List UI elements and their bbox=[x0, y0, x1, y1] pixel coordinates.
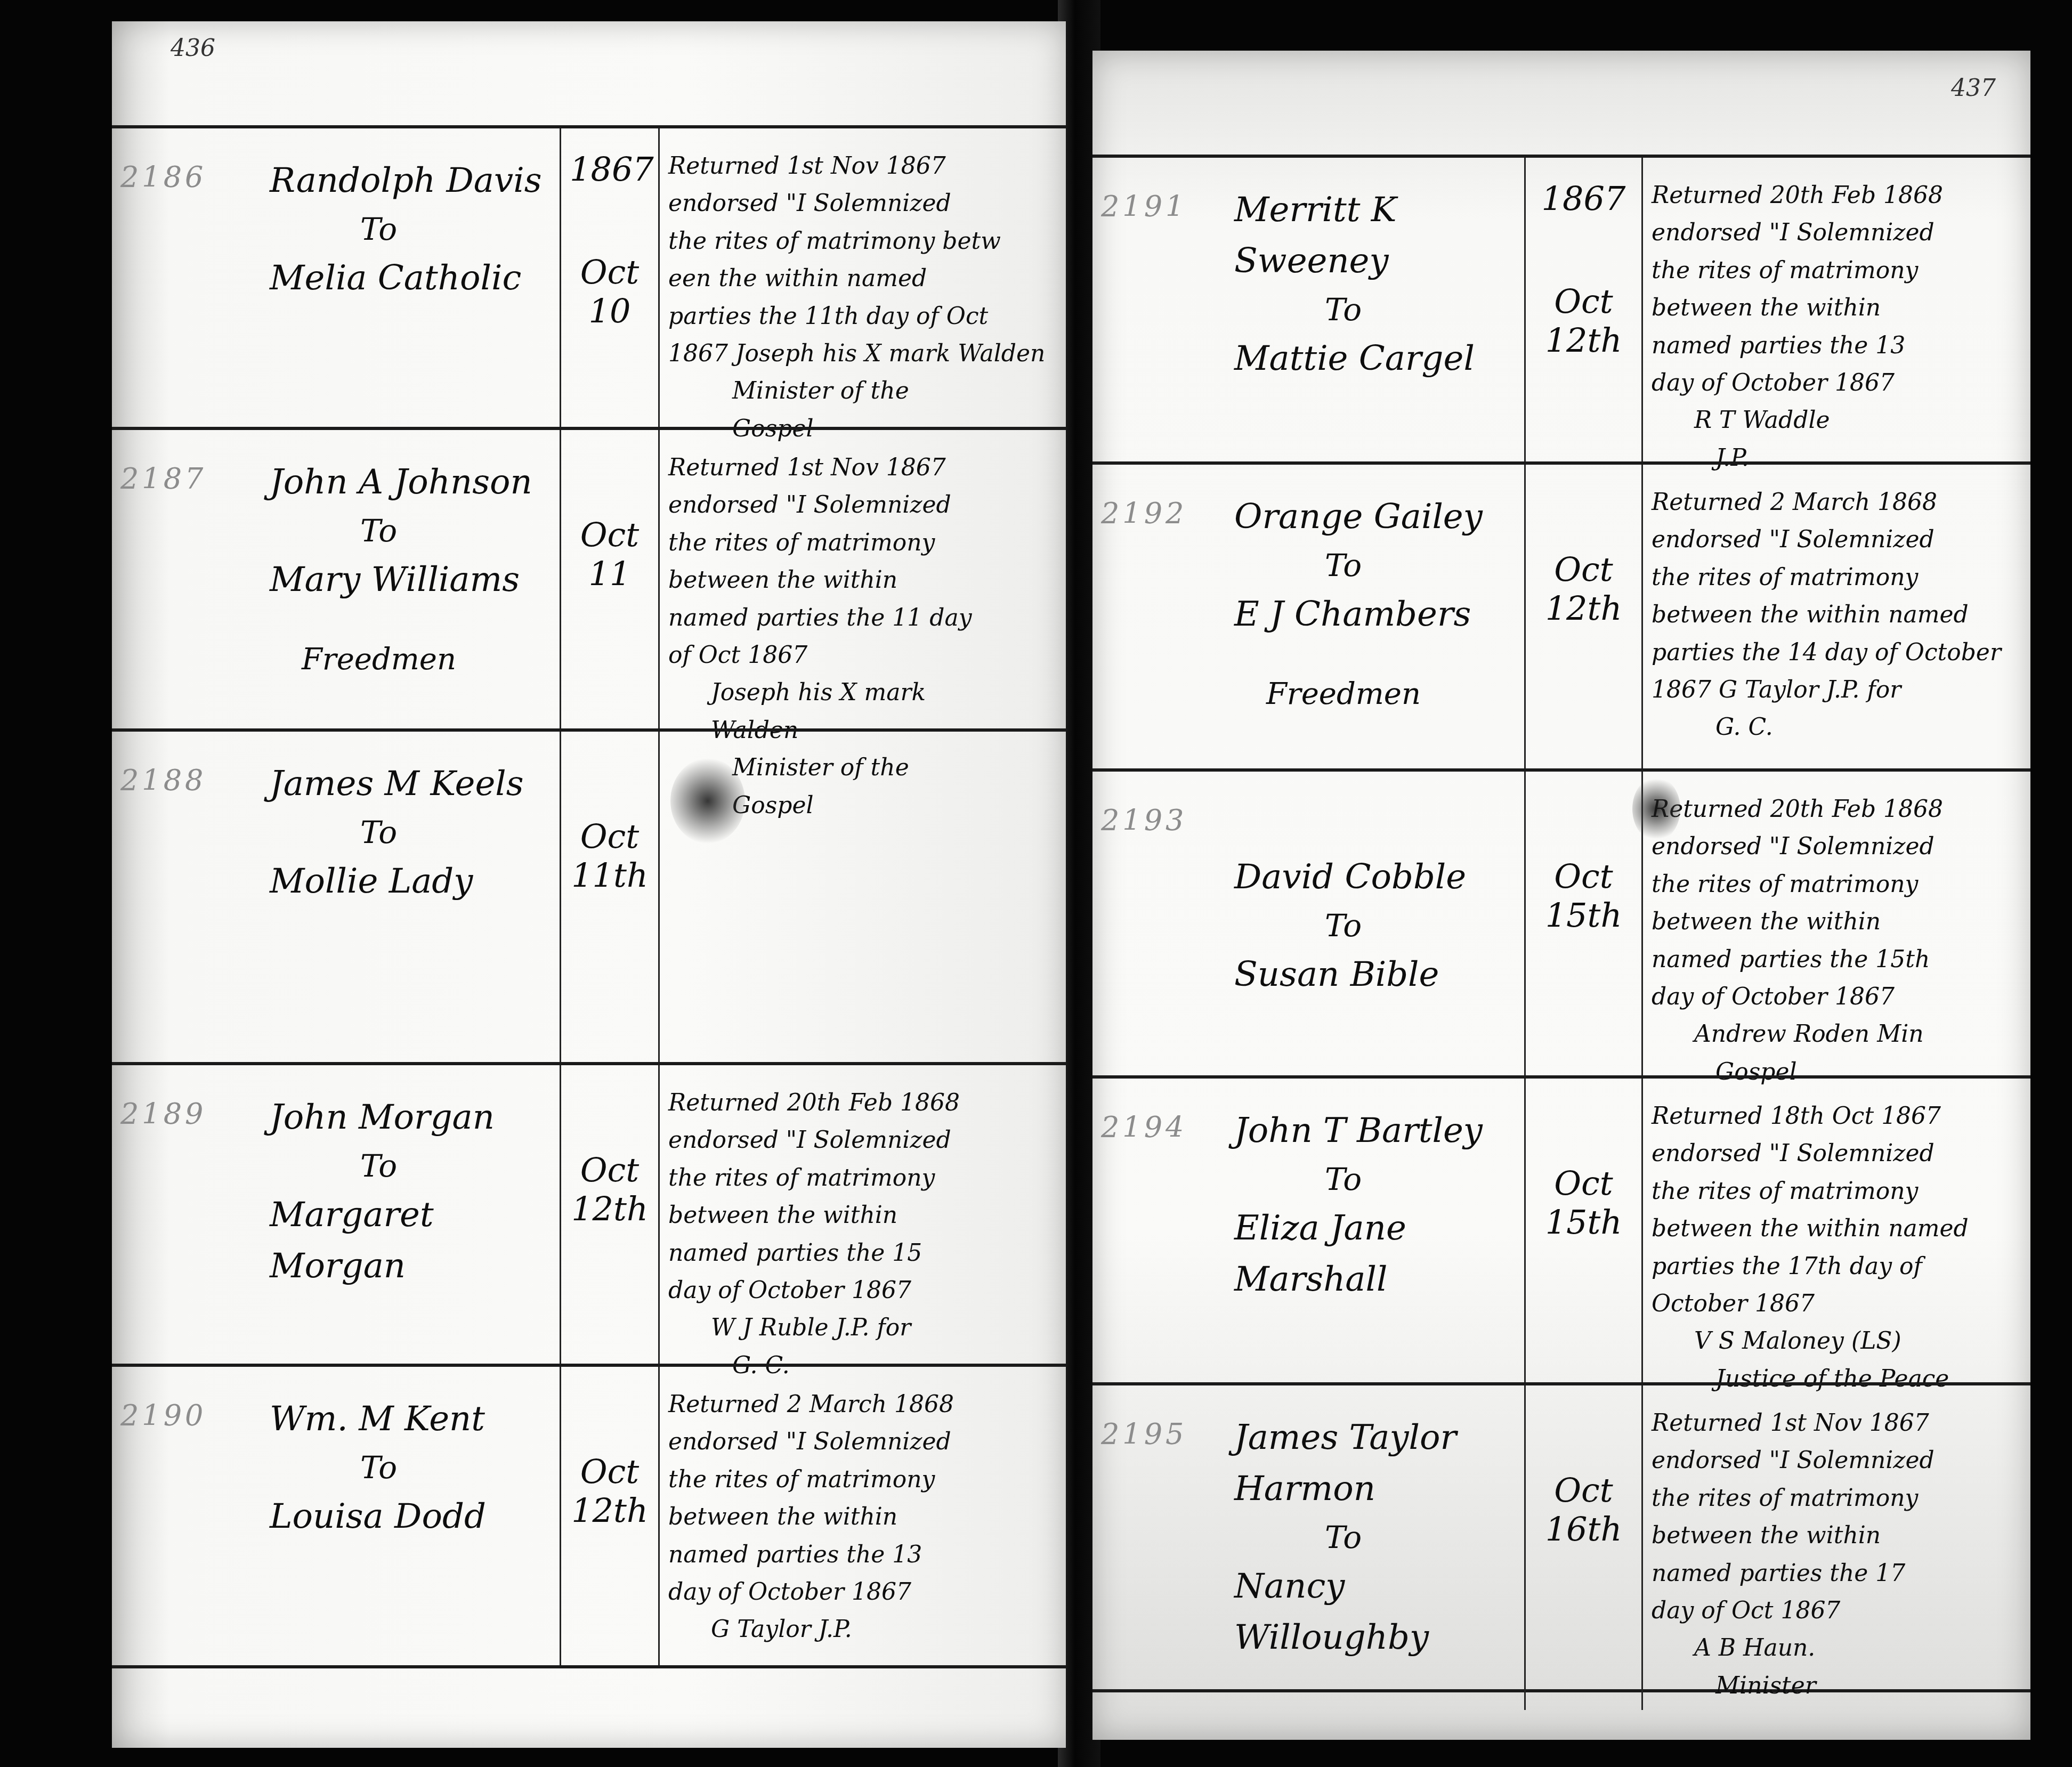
register-entry: 2195 James Taylor Harmon To Nancy Willou… bbox=[1092, 1382, 2030, 1692]
license-date: Oct 16th bbox=[1524, 1385, 1641, 1710]
register-entries: 2191 Merritt K Sweeney To Mattie Cargel … bbox=[1092, 155, 2030, 1692]
return-line: Returned 20th Feb 1868 bbox=[1652, 791, 1993, 828]
connector: To bbox=[270, 1143, 551, 1189]
entry-number: 2188 bbox=[112, 732, 261, 1062]
entry-number: 2193 bbox=[1092, 772, 1226, 1096]
return-line: named parties the 15 bbox=[668, 1235, 994, 1272]
officiant-signature: A B Haun. bbox=[1652, 1630, 1993, 1667]
entry-number: 2192 bbox=[1092, 465, 1226, 768]
return-line: the rites of matrimony bbox=[1652, 1173, 1993, 1210]
page-number: 436 bbox=[171, 35, 215, 62]
return-line: named parties the 17 bbox=[1652, 1555, 1993, 1592]
license-date: Oct 11th bbox=[560, 732, 658, 1062]
entry-number: 2186 bbox=[112, 128, 261, 453]
register-entry: 2192 Orange Gailey To E J Chambers Freed… bbox=[1092, 461, 2030, 768]
return-line: day of Oct 1867 bbox=[1652, 1592, 1993, 1630]
return-endorsement: Returned 2 March 1868 endorsed "I Solemn… bbox=[658, 1367, 1005, 1665]
parties: John Morgan To Margaret Morgan bbox=[261, 1065, 560, 1390]
return-line: between the within bbox=[1652, 289, 1993, 327]
date: Oct 11th bbox=[571, 817, 648, 895]
register-entry: 2193 David Cobble To Susan Bible Oct 15t… bbox=[1092, 768, 2030, 1075]
register-entry: 2186 Randolph Davis To Melia Catholic 18… bbox=[112, 125, 1066, 427]
return-line: between the within bbox=[668, 562, 994, 599]
return-line: between the within bbox=[1652, 1517, 1993, 1554]
return-line: endorsed "I Solemnized bbox=[1652, 1442, 1993, 1479]
groom-name: John Morgan bbox=[270, 1098, 495, 1137]
register-entry: 2191 Merritt K Sweeney To Mattie Cargel … bbox=[1092, 155, 2030, 461]
bride-name: Susan Bible bbox=[1234, 955, 1439, 994]
return-line: endorsed "I Solemnized bbox=[1652, 828, 1993, 865]
return-line: the rites of matrimony betw bbox=[668, 223, 994, 260]
officiant-signature: R T Waddle bbox=[1652, 402, 1993, 439]
date: Oct 15th bbox=[1545, 857, 1622, 935]
date: Oct 12th bbox=[1545, 282, 1622, 360]
connector: To bbox=[1234, 542, 1516, 589]
return-line: Returned 18th Oct 1867 bbox=[1652, 1098, 1993, 1135]
left-page: 436 2186 Randolph Davis To Melia Catholi… bbox=[112, 21, 1066, 1748]
connector: To bbox=[1234, 287, 1516, 333]
return-line: the rites of matrimony bbox=[1652, 1480, 1993, 1517]
return-line: Returned 1st Nov 1867 bbox=[668, 449, 994, 487]
return-line: named parties the 15th bbox=[1652, 941, 1993, 978]
connector: To bbox=[1234, 1156, 1516, 1203]
bride-name: Mary Williams bbox=[270, 560, 520, 599]
return-line: endorsed "I Solemnized bbox=[668, 487, 994, 524]
return-line: parties the 11th day of Oct bbox=[668, 298, 994, 335]
groom-name: John A Johnson bbox=[270, 463, 532, 502]
return-line: 1867 G Taylor J.P. for bbox=[1652, 671, 1993, 709]
officiant-signature: G Taylor J.P. bbox=[668, 1611, 994, 1648]
entry-number: 2194 bbox=[1092, 1079, 1226, 1403]
connector: To bbox=[270, 508, 551, 554]
connector: To bbox=[270, 1445, 551, 1491]
license-date: Oct 12th bbox=[560, 1065, 658, 1390]
return-line: between the within bbox=[1652, 903, 1993, 941]
groom-name: James Taylor Harmon bbox=[1234, 1418, 1456, 1509]
return-endorsement: Returned 20th Feb 1868 endorsed "I Solem… bbox=[1641, 772, 2004, 1096]
return-line: day of October 1867 bbox=[1652, 364, 1993, 402]
return-line: Returned 20th Feb 1868 bbox=[668, 1084, 994, 1122]
license-date: 1867 Oct 12th bbox=[1524, 158, 1641, 482]
return-line: October 1867 bbox=[1652, 1285, 1993, 1323]
return-line: endorsed "I Solemnized bbox=[1652, 521, 1993, 558]
return-endorsement: Returned 1st Nov 1867 endorsed "I Solemn… bbox=[1641, 1385, 2004, 1710]
return-line: the rites of matrimony bbox=[1652, 252, 1993, 289]
status-note: Freedmen bbox=[1234, 672, 1516, 717]
bride-name: Mollie Lady bbox=[270, 862, 473, 901]
parties: Wm. M Kent To Louisa Dodd bbox=[261, 1367, 560, 1665]
groom-name: James M Keels bbox=[270, 764, 524, 804]
return-line: endorsed "I Solemnized bbox=[1652, 1135, 1993, 1172]
parties: Orange Gailey To E J Chambers Freedmen bbox=[1226, 465, 1524, 768]
date: Oct 10 bbox=[580, 253, 639, 330]
return-endorsement: Returned 20th Feb 1868 endorsed "I Solem… bbox=[658, 1065, 1005, 1390]
bride-name: Louisa Dodd bbox=[270, 1497, 486, 1536]
license-date: Oct 12th bbox=[1524, 465, 1641, 768]
return-line: the rites of matrimony bbox=[668, 524, 994, 562]
return-endorsement: Returned 2 March 1868 endorsed "I Solemn… bbox=[1641, 465, 2004, 768]
license-date: 1867 Oct 10 bbox=[560, 128, 658, 453]
groom-name: David Cobble bbox=[1234, 857, 1466, 897]
return-line: named parties the 13 bbox=[668, 1536, 994, 1574]
officiant-signature: V S Maloney (LS) bbox=[1652, 1323, 1993, 1360]
groom-name: Merritt K Sweeney bbox=[1234, 190, 1397, 281]
return-line: of Oct 1867 bbox=[668, 637, 994, 674]
right-page: 437 2191 Merritt K Sweeney To Mattie Car… bbox=[1092, 51, 2030, 1740]
date: Oct 12th bbox=[1545, 550, 1622, 628]
return-line: day of October 1867 bbox=[1652, 978, 1993, 1016]
parties: David Cobble To Susan Bible bbox=[1226, 772, 1524, 1096]
license-date: Oct 12th bbox=[560, 1367, 658, 1665]
page-number: 437 bbox=[1951, 75, 1996, 102]
ink-blot bbox=[1632, 777, 1680, 841]
entry-number: 2195 bbox=[1092, 1385, 1226, 1710]
return-line: between the within bbox=[668, 1498, 994, 1536]
return-line: endorsed "I Solemnized bbox=[668, 185, 994, 222]
register-entry: 2187 John A Johnson To Mary Williams Fre… bbox=[112, 427, 1066, 728]
return-line: Returned 1st Nov 1867 bbox=[668, 148, 994, 185]
groom-name: Randolph Davis bbox=[270, 161, 541, 200]
return-line: day of October 1867 bbox=[668, 1574, 994, 1611]
connector: To bbox=[270, 809, 551, 856]
bride-name: Nancy Willoughby bbox=[1234, 1567, 1429, 1657]
return-line: the rites of matrimony bbox=[668, 1160, 994, 1197]
return-line: 1867 Joseph his X mark Walden bbox=[668, 335, 994, 372]
return-line: Returned 20th Feb 1868 bbox=[1652, 177, 1993, 214]
bride-name: Melia Catholic bbox=[270, 258, 521, 298]
officiant-title: G. C. bbox=[1652, 709, 1993, 746]
bride-name: Eliza Jane Marshall bbox=[1234, 1209, 1406, 1299]
register-entry: 2190 Wm. M Kent To Louisa Dodd Oct 12th … bbox=[112, 1364, 1066, 1668]
year: 1867 bbox=[570, 150, 650, 189]
groom-name: Wm. M Kent bbox=[270, 1399, 485, 1439]
parties: Randolph Davis To Melia Catholic bbox=[261, 128, 560, 453]
return-line: Returned 1st Nov 1867 bbox=[1652, 1405, 1993, 1442]
return-endorsement-empty bbox=[658, 732, 1005, 1062]
date: Oct 16th bbox=[1545, 1471, 1622, 1549]
register-entry: 2188 James M Keels To Mollie Lady Oct 11… bbox=[112, 728, 1066, 1062]
return-line: parties the 14 day of October bbox=[1652, 634, 1993, 671]
return-line: endorsed "I Solemnized bbox=[668, 1423, 994, 1461]
return-line: Returned 2 March 1868 bbox=[1652, 484, 1993, 521]
ink-blot bbox=[670, 758, 745, 844]
return-endorsement: Returned 18th Oct 1867 endorsed "I Solem… bbox=[1641, 1079, 2004, 1403]
bride-name: Mattie Cargel bbox=[1234, 339, 1475, 378]
return-line: between the within named bbox=[1652, 1210, 1993, 1247]
status-note: Freedmen bbox=[270, 637, 551, 682]
connector: To bbox=[270, 206, 551, 253]
year: 1867 bbox=[1534, 179, 1633, 218]
register-entries: 2186 Randolph Davis To Melia Catholic 18… bbox=[112, 125, 1066, 1668]
return-line: between the within bbox=[668, 1197, 994, 1234]
entry-number: 2190 bbox=[112, 1367, 261, 1665]
license-date: Oct 15th bbox=[1524, 772, 1641, 1096]
parties: John T Bartley To Eliza Jane Marshall bbox=[1226, 1079, 1524, 1403]
officiant-signature: Andrew Roden Min bbox=[1652, 1016, 1993, 1053]
date: Oct 12th bbox=[571, 1150, 648, 1228]
parties: Merritt K Sweeney To Mattie Cargel bbox=[1226, 158, 1524, 482]
officiant-title: Minister bbox=[1652, 1667, 1993, 1705]
return-line: named parties the 11 day bbox=[668, 599, 994, 637]
connector: To bbox=[1234, 903, 1516, 949]
entry-number: 2189 bbox=[112, 1065, 261, 1390]
connector: To bbox=[1234, 1514, 1516, 1561]
return-line: Returned 2 March 1868 bbox=[668, 1386, 994, 1423]
parties: James Taylor Harmon To Nancy Willoughby bbox=[1226, 1385, 1524, 1710]
register-entry: 2189 John Morgan To Margaret Morgan Oct … bbox=[112, 1062, 1066, 1364]
bride-name: E J Chambers bbox=[1234, 595, 1471, 634]
bride-name: Margaret Morgan bbox=[270, 1195, 434, 1286]
return-line: the rites of matrimony bbox=[1652, 559, 1993, 596]
parties: James M Keels To Mollie Lady bbox=[261, 732, 560, 1062]
return-endorsement: Returned 20th Feb 1868 endorsed "I Solem… bbox=[1641, 158, 2004, 482]
groom-name: John T Bartley bbox=[1234, 1111, 1483, 1150]
register-entry: 2194 John T Bartley To Eliza Jane Marsha… bbox=[1092, 1075, 2030, 1382]
officiant-signature: W J Ruble J.P. for bbox=[668, 1309, 994, 1347]
return-line: the rites of matrimony bbox=[668, 1461, 994, 1498]
return-line: named parties the 13 bbox=[1652, 327, 1993, 364]
return-line: the rites of matrimony bbox=[1652, 866, 1993, 903]
groom-name: Orange Gailey bbox=[1234, 497, 1483, 537]
date: Oct 15th bbox=[1545, 1164, 1622, 1242]
date: Oct 11 bbox=[580, 515, 639, 593]
entry-number: 2191 bbox=[1092, 158, 1226, 482]
return-endorsement: Returned 1st Nov 1867 endorsed "I Solemn… bbox=[658, 128, 1005, 453]
return-line: day of October 1867 bbox=[668, 1272, 994, 1309]
return-line: endorsed "I Solemnized bbox=[1652, 214, 1993, 252]
license-date: Oct 15th bbox=[1524, 1079, 1641, 1403]
date: Oct 12th bbox=[571, 1452, 648, 1530]
return-line: between the within named bbox=[1652, 596, 1993, 634]
return-line: endorsed "I Solemnized bbox=[668, 1122, 994, 1159]
return-line: parties the 17th day of bbox=[1652, 1248, 1993, 1285]
return-line: een the within named bbox=[668, 260, 994, 297]
